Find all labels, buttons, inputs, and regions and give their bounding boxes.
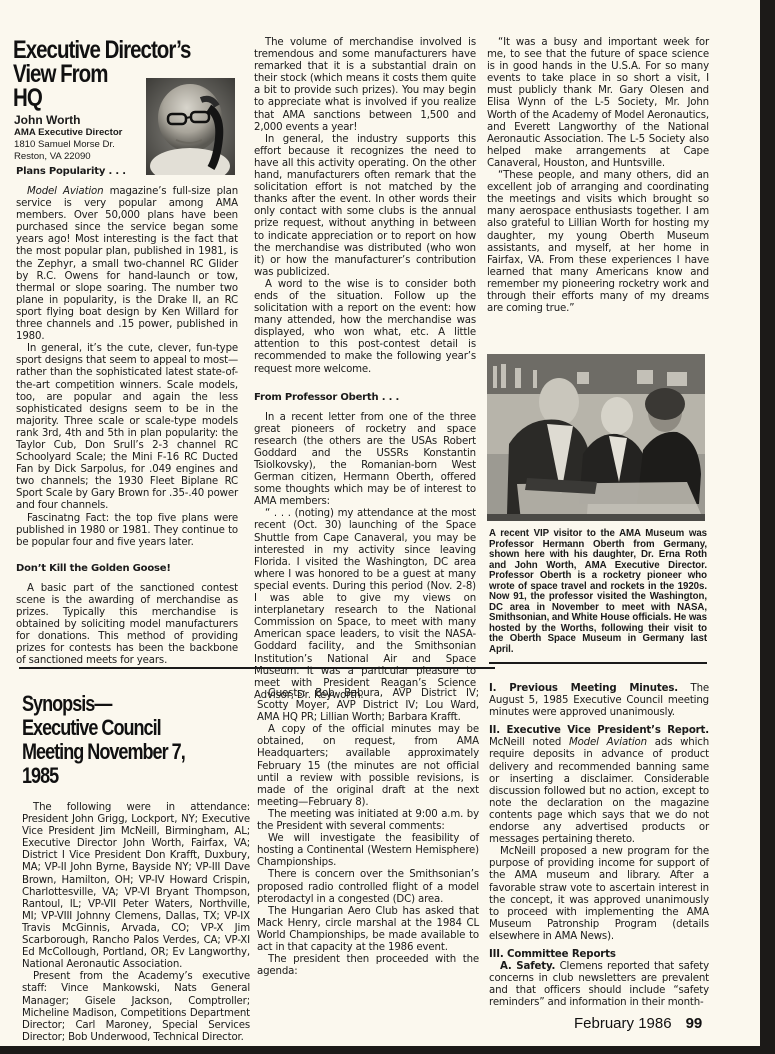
- oberth-photo: [487, 354, 705, 521]
- paragraph: We will investigate the feasibility of h…: [257, 833, 479, 869]
- article1-column-2: The volume of merchandise involved is tr…: [254, 37, 476, 702]
- divider-rule: [19, 667, 495, 669]
- museum-photo-image-icon: [487, 354, 705, 521]
- paragraph: The following were in attendance: Presid…: [22, 802, 250, 971]
- page-footer: February 198699: [574, 1015, 702, 1032]
- magazine-name: Model Aviation: [27, 186, 103, 197]
- paragraph: A basic part of the sanctioned contest s…: [16, 583, 238, 668]
- article2-column-1: The following were in attendance: Presid…: [22, 802, 250, 1044]
- paragraph: There is concern over the Smithsonian’s …: [257, 869, 479, 905]
- article2-column-2: Guests: Bob Babura, AVP District IV; Sco…: [257, 688, 479, 978]
- author-address-line-1: 1810 Samuel Morse Dr.: [14, 139, 149, 151]
- paragraph: Guests: Bob Babura, AVP District IV; Sco…: [257, 688, 479, 724]
- article2-title: Synopsis— Executive Council Meeting Nove…: [22, 692, 252, 788]
- magazine-page: Executive Director’s View From HQ: [0, 0, 760, 1046]
- paragraph: The volume of merchandise involved is tr…: [254, 37, 476, 134]
- magazine-name: Model Aviation: [569, 737, 647, 748]
- article2-title-line-3: Meeting November 7,: [22, 740, 211, 764]
- paragraph: In general, the industry supports this e…: [254, 134, 476, 279]
- article1-column-3: “It was a busy and important week for me…: [487, 37, 709, 315]
- paragraph: “These people, and many others, did an e…: [487, 170, 709, 315]
- agenda-item-3-safety: A. Safety. Clemens reported that safety …: [489, 961, 709, 1009]
- paragraph: Fascinatng Fact: the top five plans were…: [16, 513, 238, 549]
- paragraph: In general, it’s the cute, clever, fun-t…: [16, 343, 238, 512]
- paragraph: “ . . . (noting) my attendance at the mo…: [254, 508, 476, 702]
- photo-caption: A recent VIP visitor to the AMA Museum w…: [489, 529, 707, 655]
- paragraph: McNeill proposed a new program for the p…: [489, 846, 709, 943]
- article2-title-line-1: Synopsis—: [22, 692, 211, 716]
- article1-title-line-1: Executive Director’s: [13, 38, 177, 62]
- paragraph: In a recent letter from one of the three…: [254, 412, 476, 509]
- paragraph: The president then proceeded with the ag…: [257, 954, 479, 978]
- author-name: John Worth: [14, 113, 149, 127]
- paragraph: The meeting was initiated at 9:00 a.m. b…: [257, 809, 479, 833]
- byline: John Worth AMA Executive Director 1810 S…: [14, 113, 149, 163]
- paragraph: The Hungarian Aero Club has asked that M…: [257, 906, 479, 954]
- paragraph: “It was a busy and important week for me…: [487, 37, 709, 170]
- agenda-item-2-label: II. Executive Vice President’s Report.: [489, 725, 709, 736]
- page-number: 99: [686, 1015, 703, 1032]
- agenda-item-1-label: I. Previous Meeting Minutes.: [489, 683, 678, 694]
- section-heading-plans: Plans Popularity . . .: [16, 166, 238, 178]
- article1-column-1: Plans Popularity . . . Model Aviation ma…: [16, 157, 238, 667]
- paragraph: A word to the wise is to consider both e…: [254, 279, 476, 376]
- article2-title-line-2: Executive Council: [22, 716, 211, 740]
- paragraph: Model Aviation magazine’s full-size plan…: [16, 186, 238, 343]
- paragraph: A copy of the official minutes may be ob…: [257, 724, 479, 809]
- agenda-item-1: I. Previous Meeting Minutes. The August …: [489, 683, 709, 719]
- agenda-item-2: II. Executive Vice President’s Report. M…: [489, 725, 709, 846]
- article2-column-3: I. Previous Meeting Minutes. The August …: [489, 683, 709, 1009]
- article2-title-line-4: 1985: [22, 764, 211, 788]
- section-heading-oberth: From Professor Oberth . . .: [254, 392, 476, 404]
- section-heading-golden-goose: Don’t Kill the Golden Goose!: [16, 563, 238, 575]
- divider-rule: [489, 662, 707, 664]
- author-role: AMA Executive Director: [14, 127, 149, 139]
- agenda-item-3-label: III. Committee Reports: [489, 949, 709, 961]
- issue-date: February 1986: [574, 1015, 672, 1032]
- paragraph: Present from the Academy’s executive sta…: [22, 971, 250, 1044]
